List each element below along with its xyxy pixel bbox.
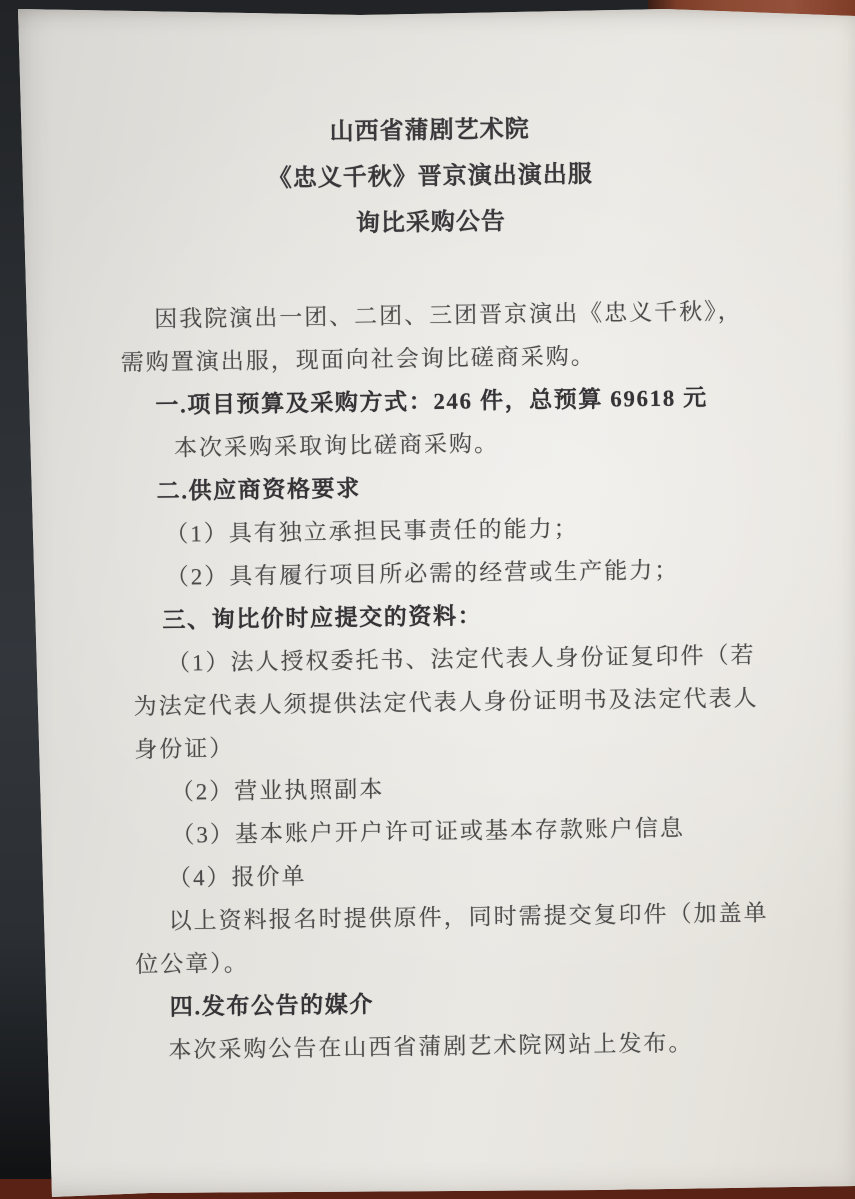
document-page: 山西省蒲剧艺术院 《忠义千秋》晋京演出演出服 询比采购公告 因我院演出一团、二团…	[0, 0, 855, 1199]
body-line: 以上资料报名时提供原件，同时需提交复印件（加盖单	[128, 892, 753, 944]
body-line: （3）基本账户开户许可证或基本存款账户信息	[127, 806, 752, 858]
title-line-notice-type: 询比采购公告	[119, 196, 744, 251]
body-line: 本次采购公告在山西省蒲剧艺术院网站上发布。	[130, 1021, 755, 1073]
document-content: 山西省蒲剧艺术院 《忠义千秋》晋京演出演出服 询比采购公告 因我院演出一团、二团…	[117, 104, 754, 1073]
section-heading-line: 一.项目预算及采购方式：246 件，总预算 69618 元	[121, 376, 746, 428]
body-line: （2）具有履行项目所必需的经营或生产能力；	[124, 548, 749, 600]
body-line: 因我院演出一团、二团、三团晋京演出《忠义千秋》，	[120, 290, 745, 342]
body-block: 因我院演出一团、二团、三团晋京演出《忠义千秋》，需购置演出服，现面向社会询比磋商…	[120, 290, 755, 1073]
body-line: 为法定代表人须提供法定代表人身份证明书及法定代表人	[125, 677, 750, 729]
photo-scene: 山西省蒲剧艺术院 《忠义千秋》晋京演出演出服 询比采购公告 因我院演出一团、二团…	[0, 0, 855, 1199]
document-title: 山西省蒲剧艺术院 《忠义千秋》晋京演出演出服 询比采购公告	[117, 104, 743, 251]
